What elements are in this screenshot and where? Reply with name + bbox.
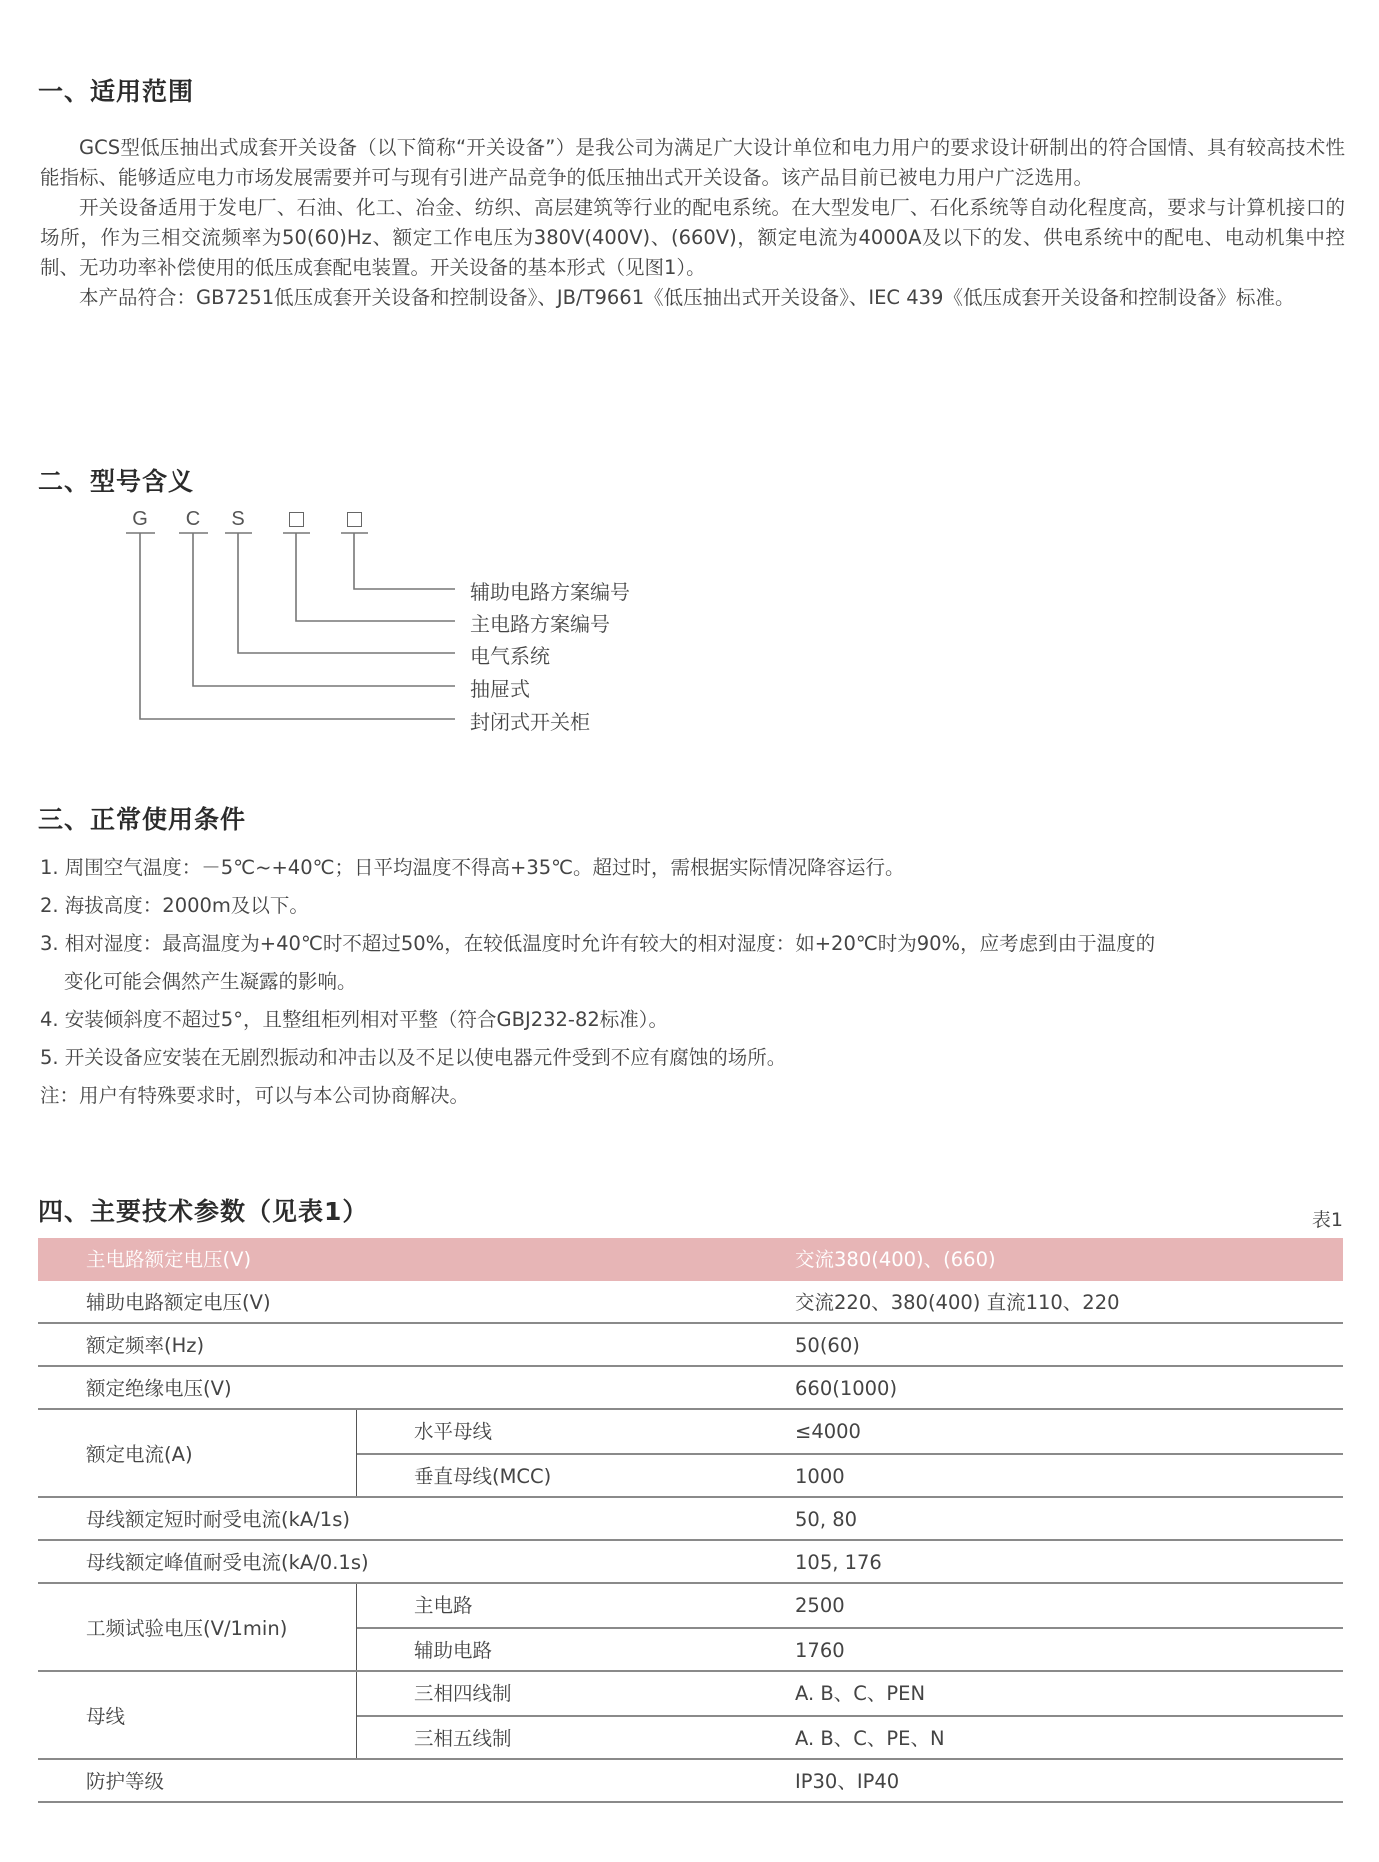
table-row: 母线额定峰值耐受电流(kA/0.1s) 105, 176 — [38, 1541, 1343, 1584]
code-char-c: C — [181, 508, 205, 531]
code-placeholder-box-main — [289, 512, 304, 527]
subrow-value: A. B、C、PE、N — [795, 1717, 945, 1760]
row-value: 50(60) — [795, 1324, 860, 1367]
condition-item: 4. 安装倾斜度不超过5°，且整组柜列相对平整（符合GBJ232-82标准）。 — [40, 1001, 1350, 1039]
group-label-cell: 额定电流(A) — [38, 1410, 357, 1496]
subrow-value: ≤4000 — [795, 1410, 861, 1453]
code-placeholder-box-aux — [347, 512, 362, 527]
params-table: 主电路额定电压(V) 交流380(400)、(660) 辅助电路额定电压(V) … — [38, 1238, 1343, 1803]
table-row-group: 母线 三相四线制 A. B、C、PEN 三相五线制 A. B、C、PE、N — [38, 1672, 1343, 1760]
label-electrical-system: 电气系统 — [470, 640, 550, 669]
condition-item: 2. 海拔高度：2000m及以下。 — [40, 887, 1350, 925]
table-row: 辅助电路额定电压(V) 交流220、380(400) 直流110、220 — [38, 1281, 1343, 1324]
row-label: 母线额定峰值耐受电流(kA/0.1s) — [86, 1541, 369, 1584]
group-label: 工频试验电压(V/1min) — [86, 1613, 287, 1641]
subrow-value: 2500 — [795, 1584, 845, 1627]
scope-paragraph: GCS型低压抽出式成套开关设备（以下简称“开关设备”）是我公司为满足广大设计单位… — [40, 133, 1345, 193]
row-label: 防护等级 — [86, 1760, 164, 1803]
table-subrow: 水平母线 ≤4000 — [357, 1410, 1343, 1453]
row-label: 辅助电路额定电压(V) — [86, 1281, 271, 1324]
label-main-circuit-scheme: 主电路方案编号 — [470, 608, 610, 637]
table-subrow: 三相五线制 A. B、C、PE、N — [357, 1715, 1343, 1758]
table-caption: 表1 — [1312, 1205, 1343, 1232]
code-char-s: S — [226, 508, 250, 531]
table-row-group: 额定电流(A) 水平母线 ≤4000 垂直母线(MCC) 1000 — [38, 1410, 1343, 1498]
header-label: 主电路额定电压(V) — [86, 1238, 251, 1281]
code-char-g: G — [128, 508, 152, 531]
row-value: 交流220、380(400) 直流110、220 — [795, 1281, 1120, 1324]
subrow-label: 三相四线制 — [414, 1672, 512, 1715]
subrow-label: 三相五线制 — [414, 1717, 512, 1760]
subrow-label: 水平母线 — [414, 1410, 492, 1453]
label-enclosed-cabinet: 封闭式开关柜 — [470, 706, 590, 735]
row-value: 660(1000) — [795, 1367, 897, 1410]
section-title-model: 二、型号含义 — [38, 462, 194, 498]
section-title-scope: 一、适用范围 — [38, 72, 194, 108]
subrow-label: 辅助电路 — [414, 1629, 492, 1672]
subrow-label: 主电路 — [414, 1584, 473, 1627]
table-row: 防护等级 IP30、IP40 — [38, 1760, 1343, 1803]
group-label-cell: 工频试验电压(V/1min) — [38, 1584, 357, 1670]
row-value: IP30、IP40 — [795, 1760, 899, 1803]
condition-note: 注：用户有特殊要求时，可以与本公司协商解决。 — [40, 1077, 1350, 1115]
section-title-params: 四、主要技术参数（见表1） — [38, 1192, 368, 1228]
label-aux-circuit-scheme: 辅助电路方案编号 — [470, 576, 630, 605]
conditions-list: 1. 周围空气温度：－5℃~+40℃；日平均温度不得高+35℃。超过时，需根据实… — [40, 849, 1350, 1115]
condition-item: 5. 开关设备应安装在无剧烈振动和冲击以及不足以使电器元件受到不应有腐蚀的场所。 — [40, 1039, 1350, 1077]
row-label: 额定绝缘电压(V) — [86, 1367, 232, 1410]
row-label: 额定频率(Hz) — [86, 1324, 204, 1367]
table-header-row: 主电路额定电压(V) 交流380(400)、(660) — [38, 1238, 1343, 1281]
table-subrow: 辅助电路 1760 — [357, 1627, 1343, 1670]
table-row: 额定绝缘电压(V) 660(1000) — [38, 1367, 1343, 1410]
label-drawer-type: 抽屉式 — [470, 673, 530, 702]
scope-paragraph: 开关设备适用于发电厂、石油、化工、冶金、纺织、高层建筑等行业的配电系统。在大型发… — [40, 193, 1345, 283]
row-value: 105, 176 — [795, 1541, 882, 1584]
group-label-cell: 母线 — [38, 1672, 357, 1758]
table-subrow: 主电路 2500 — [357, 1584, 1343, 1627]
model-code-diagram: G C S 辅助电路方案编号 主电路方案编号 电气系统 抽屉式 封闭式开关柜 — [0, 500, 700, 750]
subrow-label: 垂直母线(MCC) — [414, 1455, 551, 1498]
row-value: 50, 80 — [795, 1498, 857, 1541]
subrow-value: 1000 — [795, 1455, 845, 1498]
scope-paragraph: 本产品符合：GB7251低压成套开关设备和控制设备》、JB/T9661《低压抽出… — [40, 283, 1345, 313]
group-label: 额定电流(A) — [86, 1439, 193, 1467]
table-subrow: 三相四线制 A. B、C、PEN — [357, 1672, 1343, 1715]
table-row: 母线额定短时耐受电流(kA/1s) 50, 80 — [38, 1498, 1343, 1541]
subrow-value: A. B、C、PEN — [795, 1672, 925, 1715]
table-subrow: 垂直母线(MCC) 1000 — [357, 1453, 1343, 1496]
table-row-group: 工频试验电压(V/1min) 主电路 2500 辅助电路 1760 — [38, 1584, 1343, 1672]
condition-item: 3. 相对湿度：最高温度为+40℃时不超过50%，在较低温度时允许有较大的相对湿… — [40, 925, 1350, 963]
scope-body: GCS型低压抽出式成套开关设备（以下简称“开关设备”）是我公司为满足广大设计单位… — [40, 133, 1345, 313]
row-label: 母线额定短时耐受电流(kA/1s) — [86, 1498, 350, 1541]
table-row: 额定频率(Hz) 50(60) — [38, 1324, 1343, 1367]
section-title-conditions: 三、正常使用条件 — [38, 800, 246, 836]
subrow-value: 1760 — [795, 1629, 845, 1672]
condition-item: 1. 周围空气温度：－5℃~+40℃；日平均温度不得高+35℃。超过时，需根据实… — [40, 849, 1350, 887]
header-value: 交流380(400)、(660) — [795, 1238, 996, 1281]
condition-item-continuation: 变化可能会偶然产生凝露的影响。 — [40, 963, 1350, 1001]
group-label: 母线 — [86, 1701, 125, 1729]
